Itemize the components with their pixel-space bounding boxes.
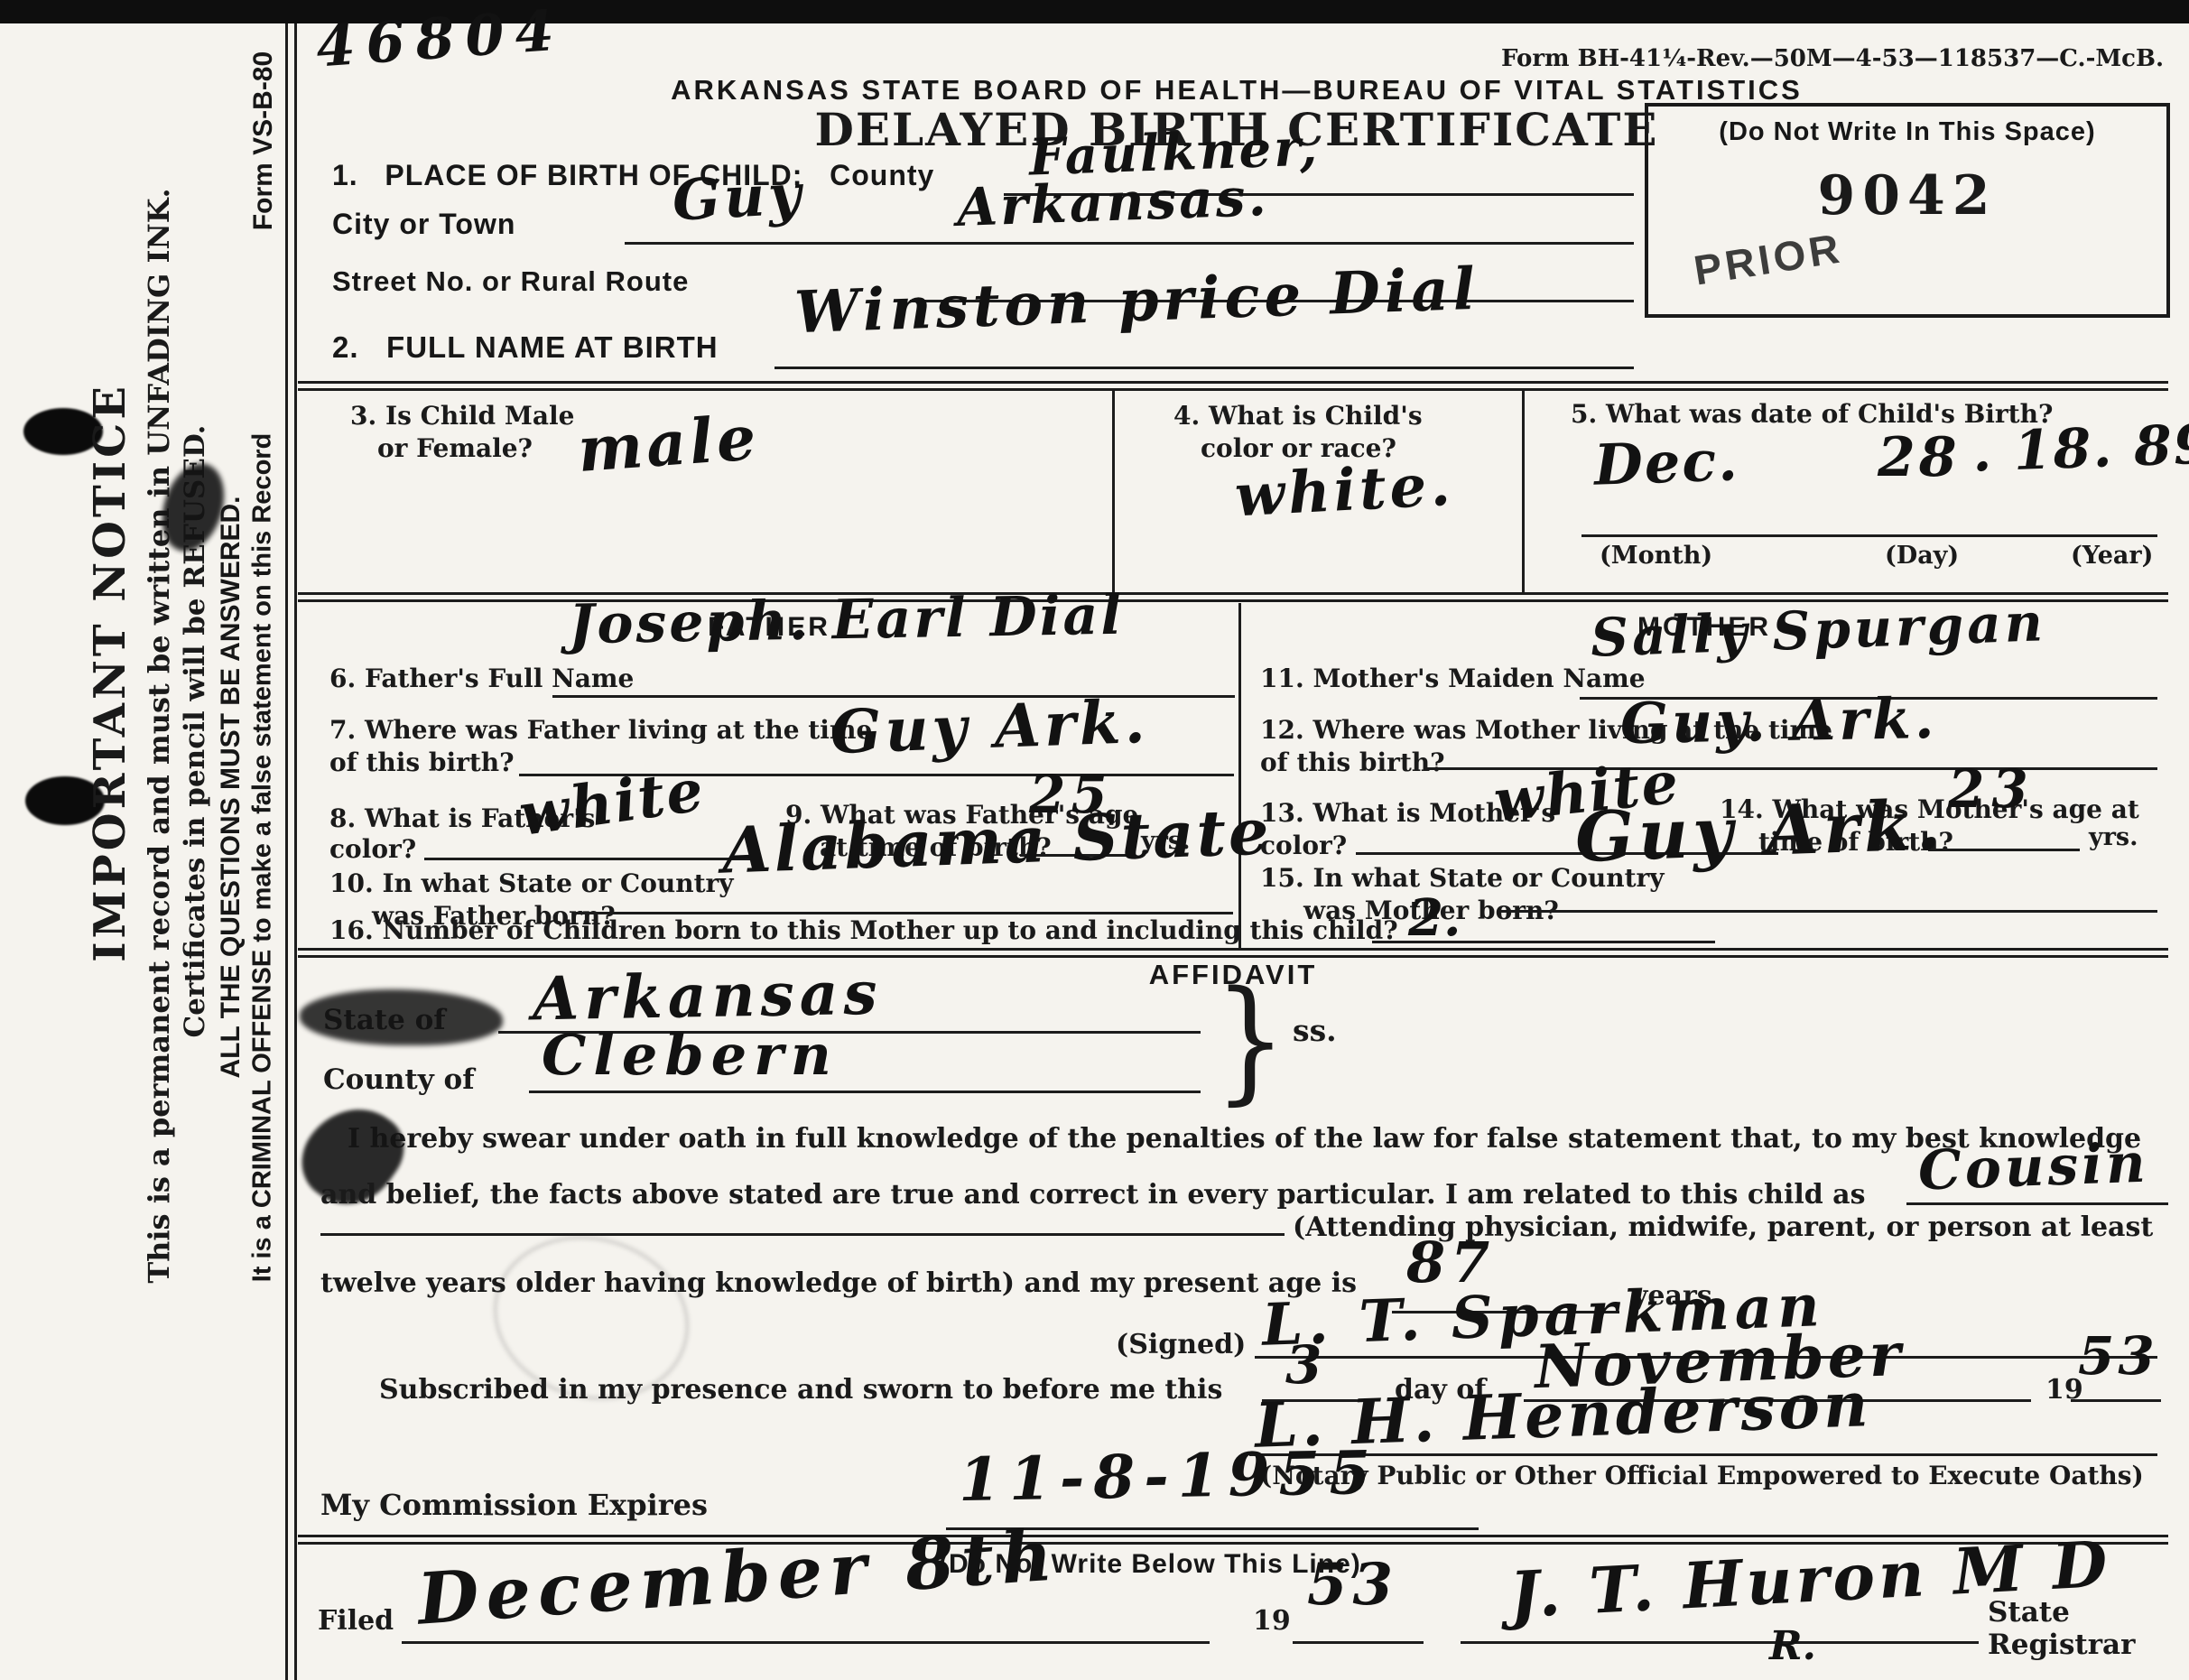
affidavit-paragraph-line3: twelve years older having knowledge of b… xyxy=(320,1267,1357,1299)
mother-residence-value: Guy. Ark. xyxy=(1619,685,1938,756)
margin-notice-line1: This is a permanent record and must be w… xyxy=(142,188,176,1283)
affidavit-county-value: Clebern xyxy=(542,1022,839,1088)
state-registrar-label: State Registrar xyxy=(1988,1596,2189,1661)
ss-brace: } xyxy=(1214,962,1286,1118)
father-name-value: Joseph. Earl Dial xyxy=(568,584,1124,657)
form-reference: Form BH-41¼-Rev.—50M—4-53—118537—C.-McB. xyxy=(1501,45,2164,72)
signed-label: (Signed) xyxy=(1116,1329,1246,1360)
registrar-signature-flourish: R. xyxy=(1769,1623,1816,1669)
margin-notice-line3: ALL THE QUESTIONS MUST BE ANSWERED. xyxy=(216,496,246,1078)
margin-notice-line4: It is a CRIMINAL OFFENSE to make a false… xyxy=(248,433,278,1283)
field3-label2: or Female? xyxy=(377,433,533,463)
margin-form-code: Form VS-B-80 xyxy=(248,51,279,230)
father-mother-divider xyxy=(1238,603,1241,948)
field3-value: male xyxy=(575,402,761,487)
ss-label: ss. xyxy=(1293,1013,1337,1048)
birth-year-value: . 18. 89 xyxy=(1971,413,2189,484)
margin-separator-line xyxy=(285,23,288,1680)
mother-birthplace-value: Guy Ark. xyxy=(1574,784,1946,877)
city-state-value: Arkansas. xyxy=(956,166,1270,238)
serial-number-handwritten: 46804 xyxy=(314,0,567,80)
field2-label-row: 2. FULL NAME AT BIRTH xyxy=(332,330,719,365)
divider-4-5 xyxy=(1522,390,1525,594)
filed-year-prefix: 19 xyxy=(1253,1605,1291,1637)
section-rule-1 xyxy=(298,381,2168,391)
filed-year-value: 53 xyxy=(1307,1551,1398,1619)
affidavit-paragraph-line1: I hereby swear under oath in full knowle… xyxy=(348,1123,2141,1155)
do-not-write-label: (Do Not Write In This Space) xyxy=(1648,117,2166,147)
agency-title: ARKANSAS STATE BOARD OF HEALTH—BUREAU OF… xyxy=(307,74,2166,107)
children-count-value: 2. xyxy=(1408,888,1461,948)
filed-label: Filed xyxy=(318,1605,394,1637)
attending-blank-line xyxy=(320,1233,1285,1236)
scanned-birth-certificate: IMPORTANT NOTICE This is a permanent rec… xyxy=(0,0,2189,1680)
day-caption: (Day) xyxy=(1885,542,1959,570)
city-value: Guy xyxy=(671,161,806,234)
sworn-day-value: 3 xyxy=(1285,1334,1322,1396)
mother-age-unit: yrs. xyxy=(2089,823,2138,851)
county-of-label: County of xyxy=(323,1063,475,1096)
field1-number: 1. xyxy=(332,159,358,191)
field4-label1: 4. What is Child's xyxy=(1173,401,1423,431)
commission-label: My Commission Expires xyxy=(320,1488,708,1522)
field2-label: FULL NAME AT BIRTH xyxy=(386,330,719,364)
subscribed-text: Subscribed in my presence and sworn to b… xyxy=(379,1374,1222,1406)
ink-smudge-state xyxy=(300,989,503,1045)
do-not-write-box: (Do Not Write In This Space) 9042 PRIOR xyxy=(1645,103,2170,318)
field8-label2: color? xyxy=(329,834,416,864)
field7-label2: of this birth? xyxy=(329,747,515,777)
divider-3-4 xyxy=(1112,390,1115,594)
margin-separator-line2 xyxy=(294,23,297,1680)
mother-age-value: 23 xyxy=(1948,758,2036,820)
year-caption: (Year) xyxy=(2071,542,2153,570)
commission-value: 11-8-1955 xyxy=(958,1437,1380,1515)
field3-label1: 3. Is Child Male xyxy=(350,401,574,431)
field12-label2: of this birth? xyxy=(1260,747,1445,777)
section-rule-3 xyxy=(298,948,2168,958)
street-label: Street No. or Rural Route xyxy=(332,265,689,298)
affidavit-paragraph-line2: and belief, the facts above stated are t… xyxy=(320,1179,1865,1211)
father-residence-value: Guy Ark. xyxy=(830,686,1150,767)
city-label: City or Town xyxy=(332,208,515,241)
field4-value: white. xyxy=(1233,451,1455,531)
month-caption: (Month) xyxy=(1600,542,1712,570)
field16-label: 16. Number of Children born to this Moth… xyxy=(329,915,1398,945)
certificate-number: 9042 xyxy=(1648,164,2166,227)
related-value: Cousin xyxy=(1917,1132,2150,1203)
margin-notice-title: IMPORTANT NOTICE xyxy=(85,383,135,962)
field2-number: 2. xyxy=(332,330,359,364)
birth-day-value: 28 xyxy=(1878,426,1961,489)
prior-stamp: PRIOR xyxy=(1691,223,1846,294)
field13-label2: color? xyxy=(1260,831,1347,860)
sworn-year-value: 53 xyxy=(2078,1325,2158,1387)
birth-month-value: Dec. xyxy=(1593,427,1740,498)
